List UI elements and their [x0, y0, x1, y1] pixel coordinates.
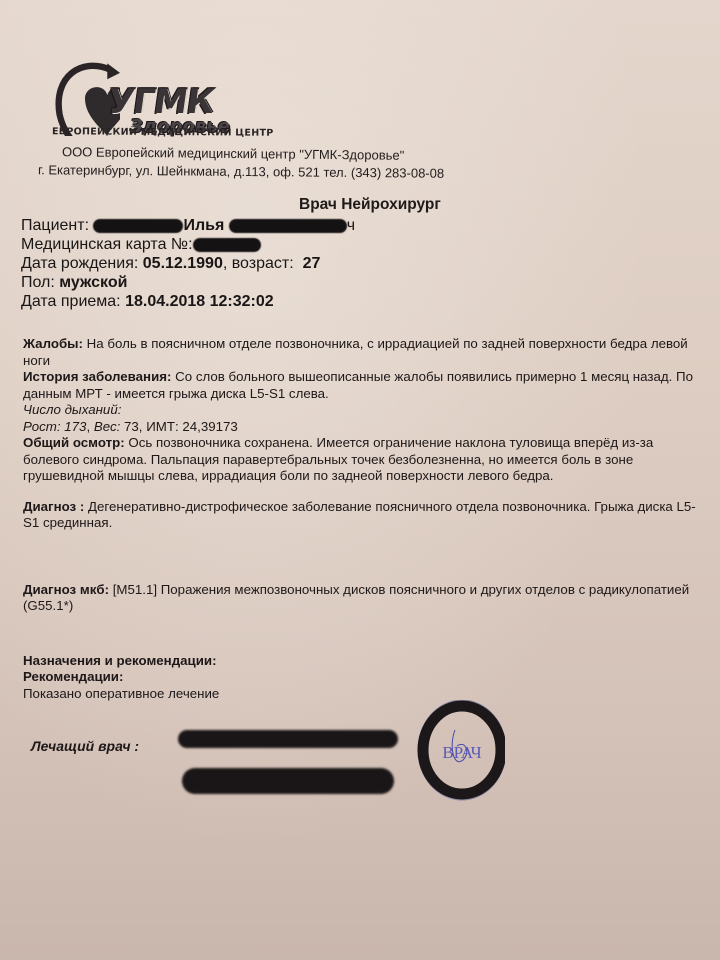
birth-label: Дата рождения: — [21, 255, 138, 272]
med-card-label: Медицинская карта №: — [21, 236, 193, 253]
visit-datetime: 18.04.2018 12:32:02 — [125, 293, 274, 310]
org-address: г. Екатеринбург, ул. Шейнкмана, д.113, о… — [38, 162, 444, 181]
history-label: История заболевания: — [23, 369, 171, 384]
visit-label: Дата приема: — [21, 293, 121, 310]
visit-row: Дата приема: 18.04.2018 12:32:02 — [21, 292, 355, 311]
logo-tagline: ЕВРОПЕЙСКИЙ МЕДИЦИНСКИЙ ЦЕНТР — [52, 126, 274, 139]
appointments-label: Назначения и рекомендации: — [23, 653, 217, 668]
icd-text: [M51.1] Поражения межпозвоночных дисков … — [23, 582, 689, 614]
bmi-label: ИМТ: — [146, 419, 178, 434]
redacted-surname — [93, 219, 183, 233]
icd-label: Диагноз мкб: — [23, 582, 109, 597]
age-label: , возраст: — [223, 255, 294, 272]
exam-label: Общий осмотр: — [23, 435, 125, 450]
redacted-doctor-name — [178, 730, 398, 748]
patient-first-name: Илья — [183, 217, 224, 234]
patient-label: Пациент: — [21, 217, 89, 234]
complaints-text: На боль в поясничном отделе позвоночника… — [23, 336, 688, 368]
history-section: История заболевания: Со слов больного вы… — [23, 369, 703, 402]
sex-value: мужской — [59, 274, 127, 291]
exam-section: Общий осмотр: Ось позвоночника сохранена… — [23, 435, 703, 485]
diagnosis-text: Дегенеративно-дистрофическое заболевание… — [23, 499, 696, 531]
appointments-section: Назначения и рекомендации: — [23, 653, 703, 670]
patient-row: Пациент: Илья ч — [21, 216, 355, 235]
height-label: Рост: — [23, 419, 61, 434]
med-card-row: Медицинская карта №: — [21, 235, 355, 254]
recommendations-text: Показано оперативное лечение — [23, 686, 703, 703]
stamp-seal-icon: ВРАЧ — [405, 700, 505, 845]
recommendations-label: Рекомендации: — [23, 669, 123, 684]
complaints-section: Жалобы: На боль в поясничном отделе позв… — [23, 336, 703, 369]
redacted-card-number — [193, 238, 261, 252]
patient-name-suffix: ч — [347, 217, 355, 234]
sex-row: Пол: мужской — [21, 273, 355, 292]
weight-label: Вес: — [94, 419, 120, 434]
birth-date: 05.12.1990 — [143, 255, 223, 272]
weight-value: 73 — [124, 419, 139, 434]
breathing-label: Число дыханий: — [23, 402, 121, 417]
attending-doctor-label: Лечащий врач : — [31, 738, 139, 754]
patient-info: Пациент: Илья ч Медицинская карта №: Дат… — [21, 216, 355, 311]
document-title: Врач Нейрохирург — [299, 196, 441, 214]
redacted-patronymic — [229, 219, 347, 233]
redacted-doctor-details — [182, 768, 394, 794]
icd-section: Диагноз мкб: [M51.1] Поражения межпозвон… — [23, 582, 703, 615]
org-name: ООО Европейский медицинский центр "УГМК-… — [62, 144, 404, 163]
complaints-label: Жалобы: — [23, 336, 83, 351]
diagnosis-label: Диагноз : — [23, 499, 84, 514]
birth-row: Дата рождения: 05.12.1990, возраст: 27 — [21, 254, 355, 273]
breathing-section: Число дыханий: — [23, 402, 703, 419]
height-value: 173 — [64, 419, 86, 434]
doctor-stamp: ВРАЧ — [405, 700, 505, 845]
stamp-text: ВРАЧ — [442, 743, 481, 762]
medical-record-body: Жалобы: На боль в поясничном отделе позв… — [23, 336, 703, 702]
age-value: 27 — [303, 255, 321, 272]
recommendations-section: Рекомендации: — [23, 669, 703, 686]
bmi-value: 24,39173 — [182, 419, 237, 434]
document-page: УГМК Здоровье ЕВРОПЕЙСКИЙ МЕДИЦИНСКИЙ ЦЕ… — [0, 0, 720, 960]
sex-label: Пол: — [21, 274, 55, 291]
diagnosis-section: Диагноз : Дегенеративно-дистрофическое з… — [23, 499, 703, 532]
vitals-section: Рост: 173, Вес: 73, ИМТ: 24,39173 — [23, 419, 703, 436]
